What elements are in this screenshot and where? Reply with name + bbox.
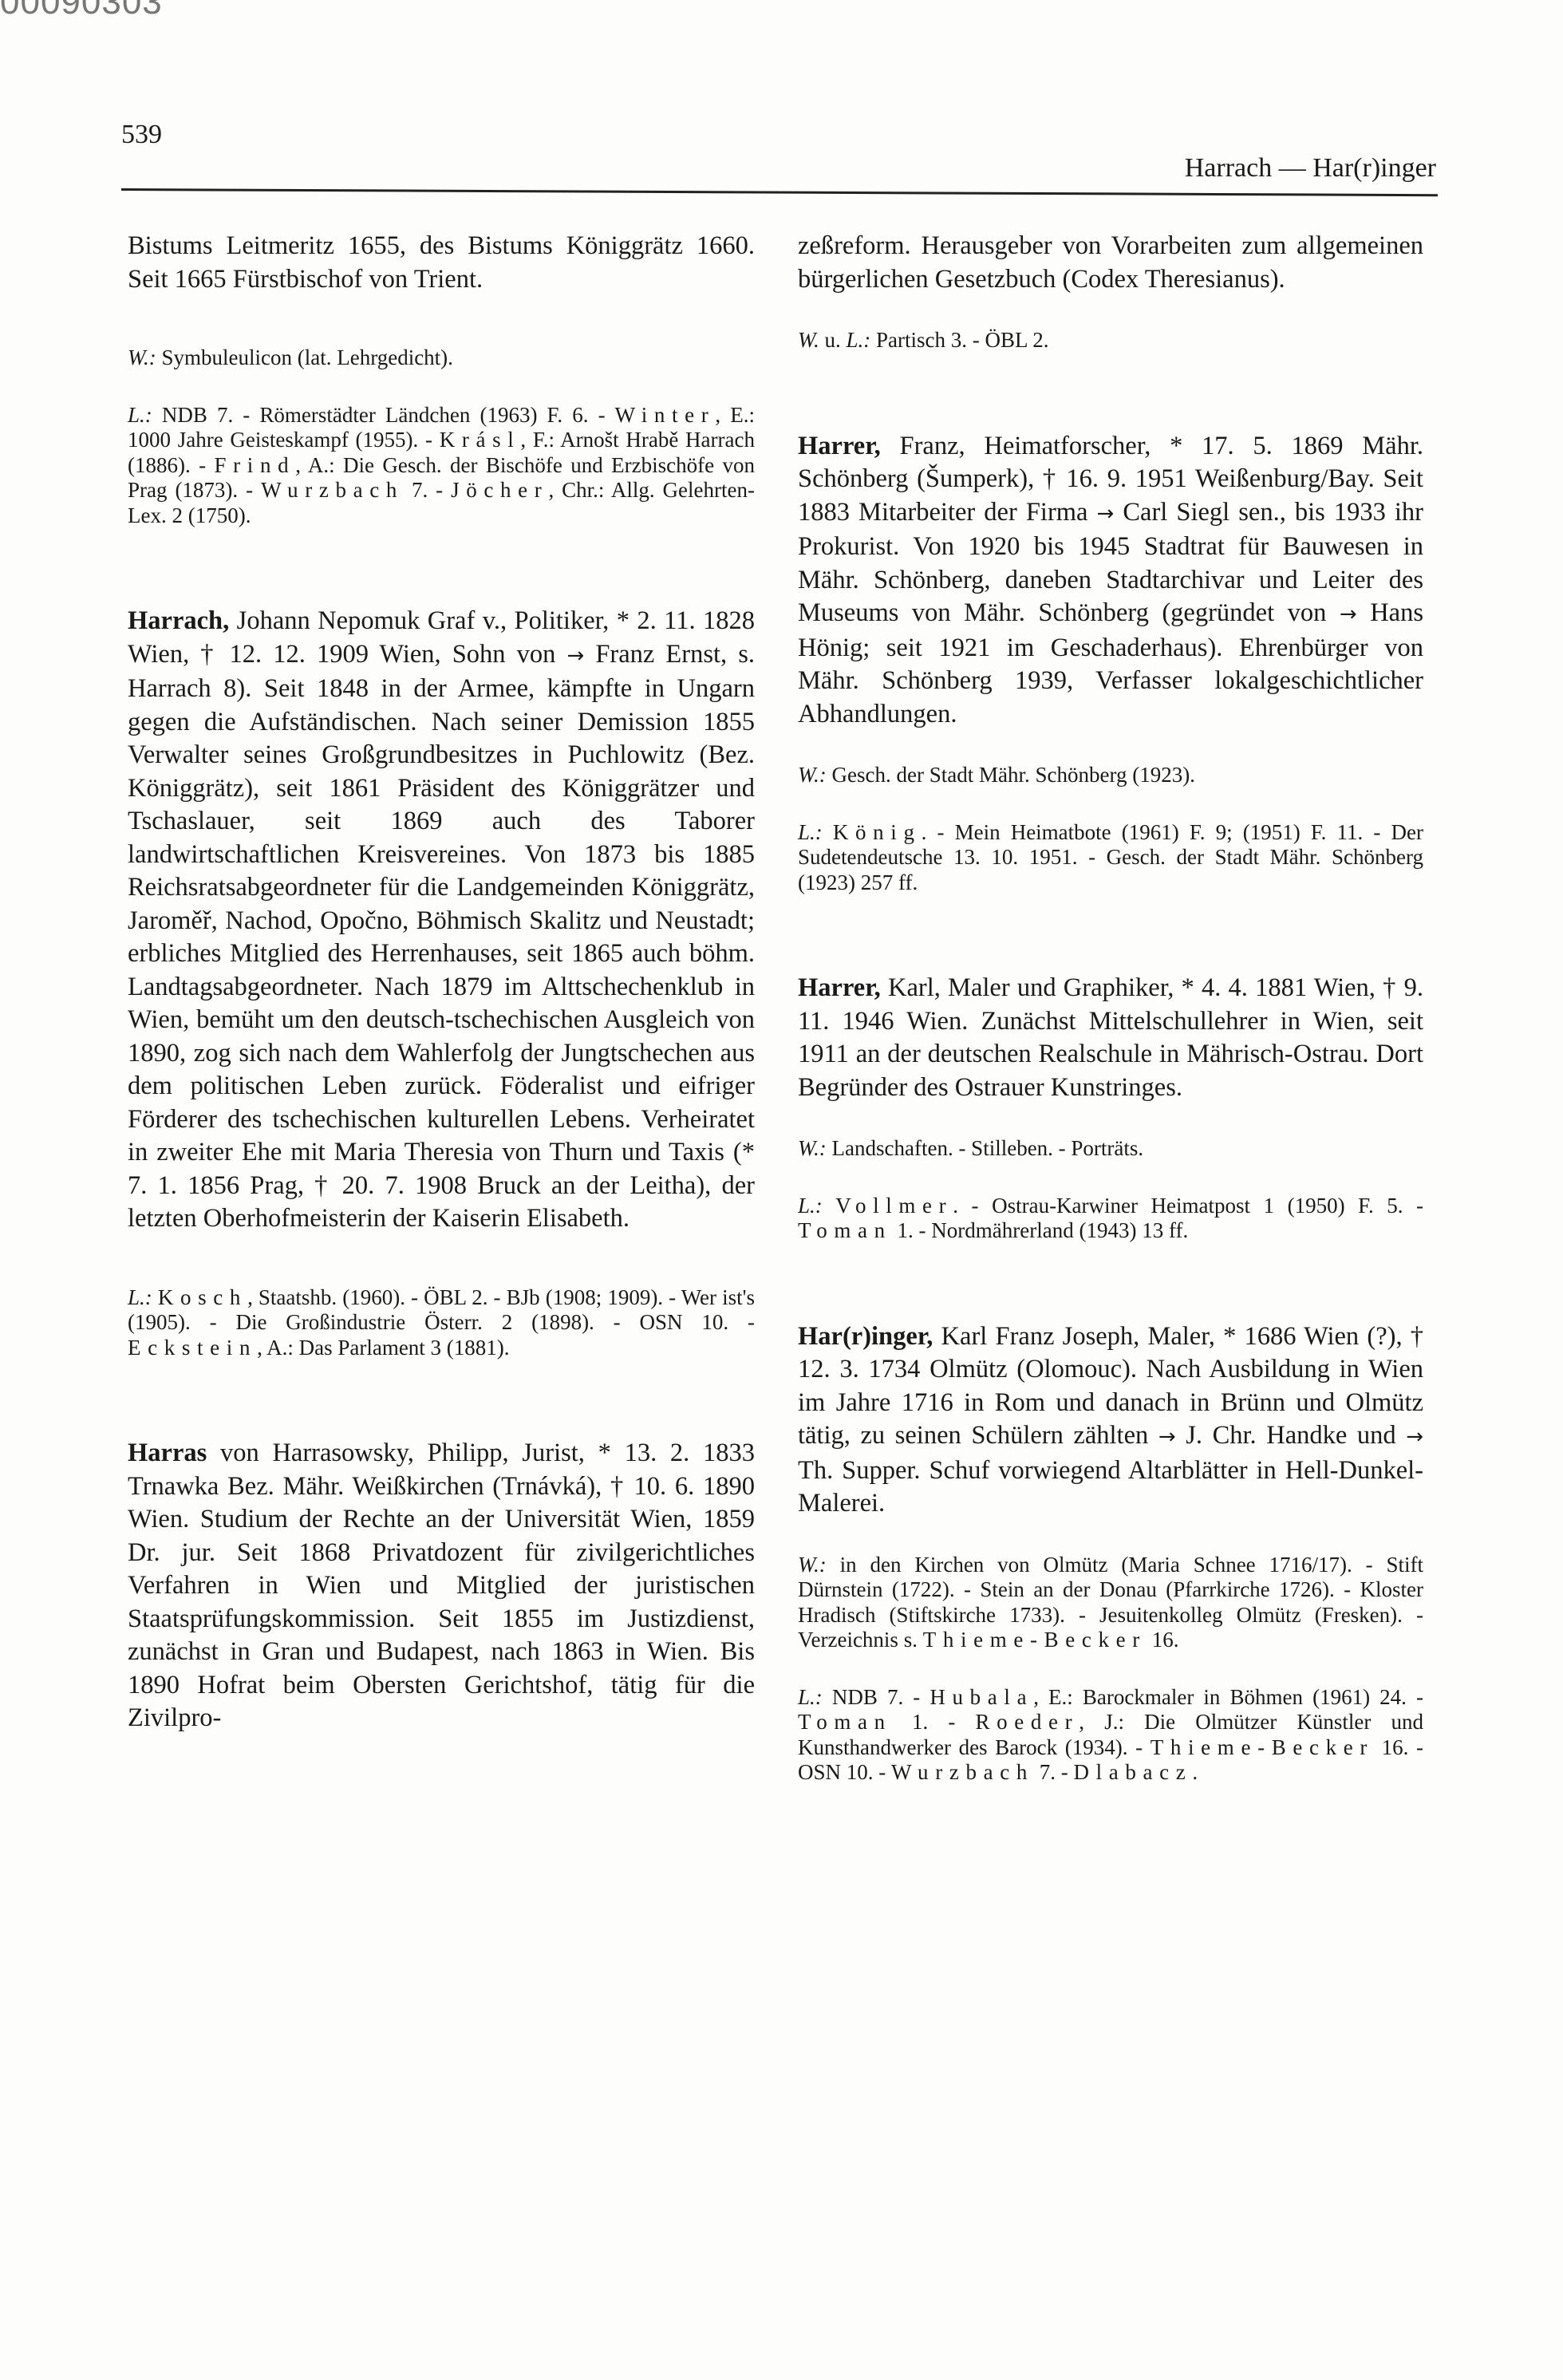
works-and-literature: W. u. L.: Partisch 3. - ÖBL 2. (798, 328, 1423, 353)
running-title: Harrach — Har(r)inger (1185, 153, 1436, 184)
lit-author: Hubala (930, 1685, 1033, 1709)
lit-author: Toman (798, 1710, 892, 1734)
harras-continuation: zeßreform. Herausgeber von Vorarbeiten z… (798, 230, 1423, 296)
lit-text: , A.: Das Parlament 3 (1881). (257, 1336, 509, 1360)
cross-reference-arrow-icon: → (1340, 602, 1357, 626)
cross-reference-arrow-icon: → (1097, 502, 1115, 526)
entry-harrach-johann: Harrach, Johann Nepomuk Graf v., Politik… (128, 605, 755, 1236)
lit-author: Thieme-Becker (923, 1628, 1147, 1652)
left-column: Bistums Leitmeritz 1655, des Bistums Kön… (128, 230, 755, 1735)
lit-author: Thieme-Becker (1151, 1735, 1374, 1759)
lit-author: Kosch (158, 1285, 247, 1309)
entry-body: J. Chr. Handke und (1176, 1421, 1407, 1450)
lit-text: . (1192, 1760, 1198, 1784)
entry-harras-philipp: Harras von Harrasowsky, Philipp, Jurist,… (128, 1437, 755, 1735)
lit-author: König (833, 820, 922, 844)
literature-list: L.: Vollmer. - Ostrau-Karwiner Heimatpos… (798, 1194, 1423, 1244)
works-text: Symbuleulicon (lat. Lehrgedicht). (162, 345, 453, 369)
lit-author: Eckstein (128, 1336, 257, 1360)
literature-label: L.: (847, 328, 871, 352)
lit-author: Krásl (440, 428, 521, 452)
continuation-text: Bistums Leitmeritz 1655, des Bistums Kön… (128, 230, 755, 296)
lemma-harras: Harras (128, 1439, 207, 1467)
lit-text: NDB 7. - Römerstädter Ländchen (1963) F.… (162, 403, 615, 427)
literature-list: L.: NDB 7. - Römerstädter Ländchen (1963… (128, 403, 755, 529)
running-head: 539 Harrach — Har(r)inger (121, 120, 1436, 191)
literature-list: L.: König. - Mein Heimatbote (1961) F. 9… (798, 820, 1423, 896)
works-text: Landschaften. - Stilleben. - Porträts. (827, 1136, 1143, 1160)
literature-list: L.: NDB 7. - Hubala, E.: Barockmaler in … (798, 1685, 1423, 1786)
entry-harrer-karl: Harrer, Karl, Maler und Graphiker, * 4. … (798, 972, 1423, 1104)
works-label: W.: (798, 763, 827, 787)
lit-author: Winter (615, 403, 716, 427)
lit-author: Roeder (975, 1710, 1079, 1734)
literature-label: L.: (798, 1685, 823, 1709)
works-label: W. (798, 328, 819, 352)
lit-author: Frind (215, 453, 296, 477)
works-text: Gesch. der Stadt Mähr. Schönberg (1923). (827, 763, 1195, 787)
cross-reference-arrow-icon: → (1406, 1425, 1423, 1449)
entry-body: von Harrasowsky, Philipp, Jurist, * 13. … (128, 1439, 755, 1732)
lit-author: Dlabacz (1073, 1760, 1192, 1784)
works-list: W.: Gesch. der Stadt Mähr. Schönberg (19… (798, 763, 1423, 788)
right-column: zeßreform. Herausgeber von Vorarbeiten z… (798, 230, 1423, 1786)
works-list: W.: Symbuleulicon (lat. Lehrgedicht). (128, 345, 755, 371)
lit-text: Partisch 3. - ÖBL 2. (870, 328, 1048, 352)
lemma-harrer: Harrer, (798, 973, 881, 1002)
lit-text: 7. - (1034, 1760, 1074, 1784)
literature-label: L.: (798, 820, 823, 844)
literature-label: L.: (128, 1285, 152, 1309)
lit-text: , E.: Barockmaler in Böhmen (1961) 24. - (1033, 1685, 1423, 1709)
works-list: W.: in den Kirchen von Olmütz (Maria Sch… (798, 1553, 1423, 1653)
lit-text: 1. - (892, 1710, 976, 1734)
literature-label: L.: (128, 403, 152, 427)
label-joiner: u. (819, 328, 847, 352)
lemma-harringer: Har(r)inger, (798, 1322, 933, 1351)
works-label: W.: (128, 345, 156, 369)
cross-reference-arrow-icon: → (566, 644, 584, 668)
works-text: 16. (1147, 1628, 1179, 1652)
lit-author: Vollmer (835, 1194, 953, 1218)
lit-text: 1. - Nordmährerland (1943) 13 ff. (892, 1218, 1188, 1242)
works-label: W.: (798, 1136, 827, 1160)
lit-author: Toman (798, 1218, 892, 1242)
page-number: 539 (121, 120, 162, 150)
entry-body: Th. Supper. Schuf vorwiegend Altarblätte… (798, 1456, 1423, 1518)
lit-author: Wurzbach (261, 478, 404, 502)
entry-body: Franz Ernst, s. Harrach 8). Seit 1848 in… (128, 640, 755, 1233)
lit-text: NDB 7. - (823, 1685, 930, 1709)
entry-body: Karl, Maler und Graphiker, * 4. 4. 1881 … (798, 973, 1423, 1102)
lit-author: Jöcher (451, 478, 548, 502)
scan-id: 00090303 (0, 0, 163, 22)
lemma-harrach: Harrach, (128, 606, 229, 635)
literature-label: L.: (798, 1194, 823, 1218)
lit-text: 7. - (404, 478, 451, 502)
lit-text: . - Ostrau-Karwiner Heimatpost 1 (1950) … (953, 1194, 1423, 1218)
entry-harrer-franz: Harrer, Franz, Heimatforscher, * 17. 5. … (798, 430, 1423, 732)
entry-harringer-karl-franz: Har(r)inger, Karl Franz Joseph, Maler, *… (798, 1320, 1423, 1521)
works-list: W.: Landschaften. - Stilleben. - Porträt… (798, 1136, 1423, 1162)
cross-reference-arrow-icon: → (1158, 1425, 1176, 1449)
literature-list: L.: Kosch, Staatshb. (1960). - ÖBL 2. - … (128, 1285, 755, 1361)
works-label: W.: (798, 1553, 827, 1577)
lemma-harrer: Harrer, (798, 432, 881, 460)
lit-author: Wurzbach (891, 1760, 1034, 1784)
